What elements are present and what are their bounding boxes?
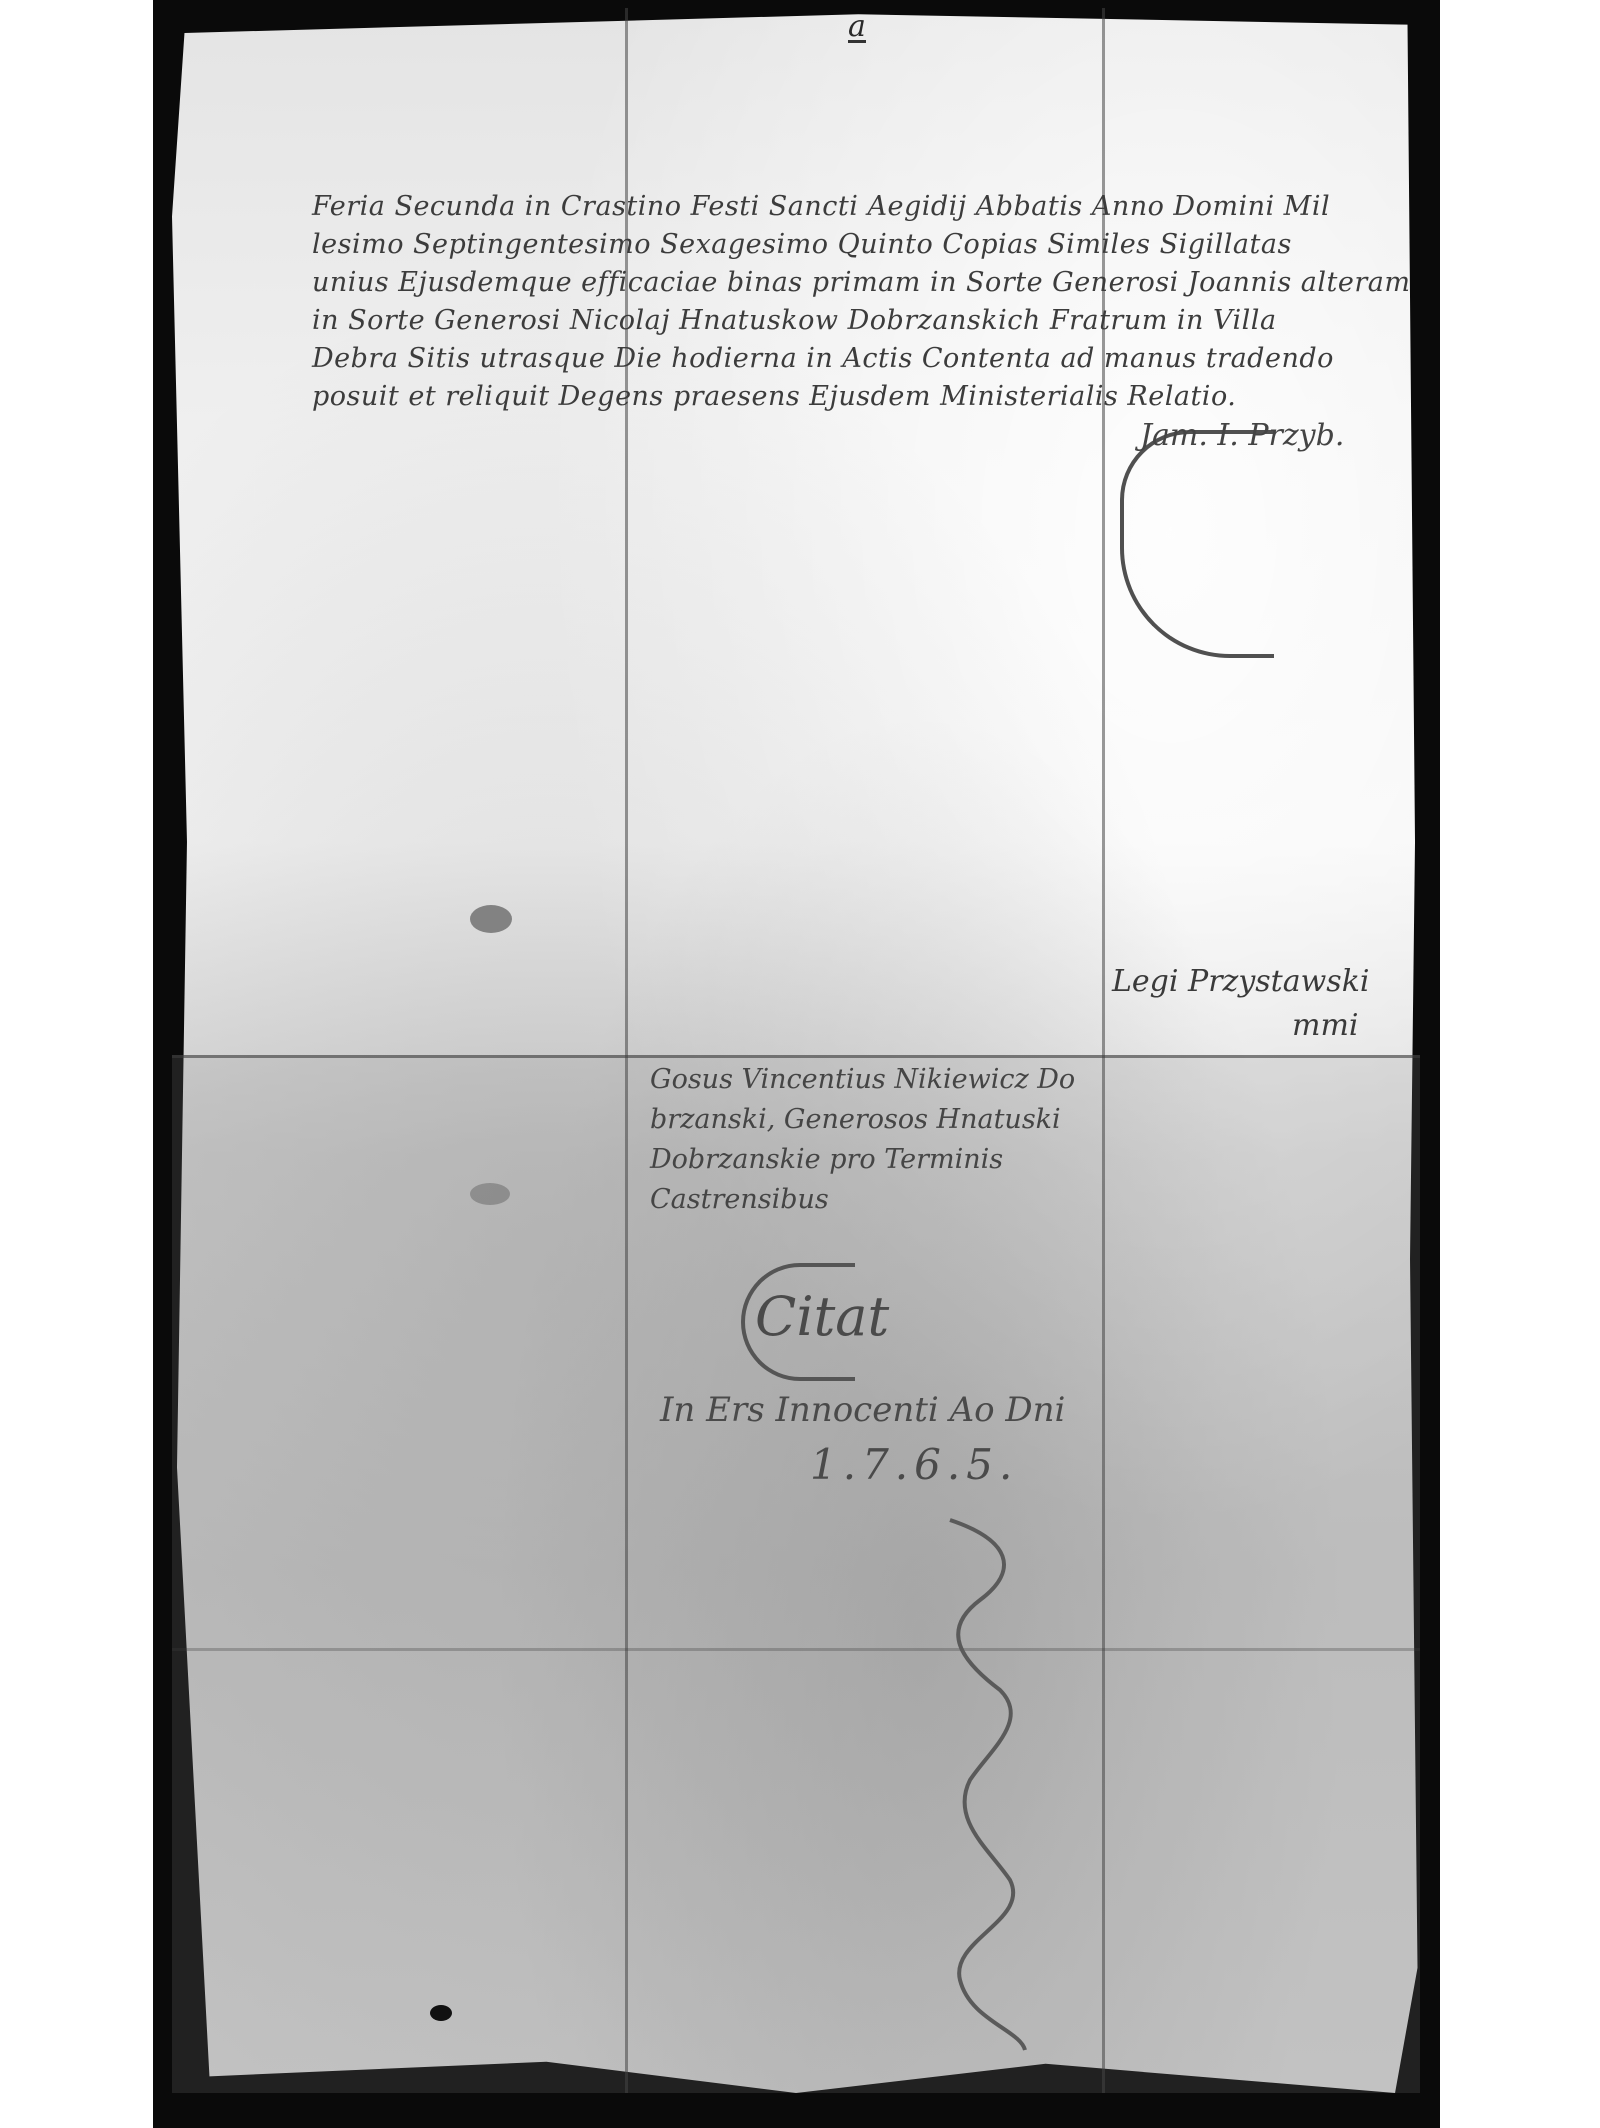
endorsement-line: Castrensibus [650,1180,1150,1220]
horizontal-fold-lower [172,1648,1420,1651]
page-mark: a [848,14,866,43]
endorsement-line: brzanski, Generosos Hnatuski [650,1100,1150,1140]
entry-line: posuit et reliquit Degens praesens Ejusd… [312,378,1422,416]
endorsement-line: Gosus Vincentius Nikiewicz Do [650,1060,1150,1100]
ink-stain [430,2005,452,2021]
entry-line: in Sorte Generosi Nicolaj Hnatuskow Dobr… [312,302,1422,340]
date-line: In Ers Innocenti Ao Dni [660,1390,1065,1430]
endorsement-line: Dobrzanskie pro Terminis [650,1140,1150,1180]
entry-line: lesimo Septingentesimo Sexagesimo Quinto… [312,226,1422,264]
endorsement: Gosus Vincentius Nikiewicz Do brzanski, … [650,1060,1150,1220]
entry-line: unius Ejusdemque efficaciae binas primam… [312,264,1422,302]
ink-stain [470,1183,510,1205]
legi-line: Legi Przystawski [1112,964,1369,999]
ink-stain [470,905,512,933]
legi-line: mmi [1112,1004,1369,1048]
year: 1.7.6.5. [810,1440,1018,1489]
entry-line: Feria Secunda in Crastino Festi Sancti A… [312,188,1422,226]
citat-heading: Citat [755,1285,889,1348]
decorative-squiggle [930,1500,1040,2060]
horizontal-fold-middle [172,1055,1420,1058]
main-entry: Feria Secunda in Crastino Festi Sancti A… [312,188,1422,416]
signature: Jam. I. Przyb. [1140,418,1344,453]
legi-note: Legi Przystawski mmi [1112,960,1369,1048]
entry-line: Debra Sitis utrasque Die hodierna in Act… [312,340,1422,378]
